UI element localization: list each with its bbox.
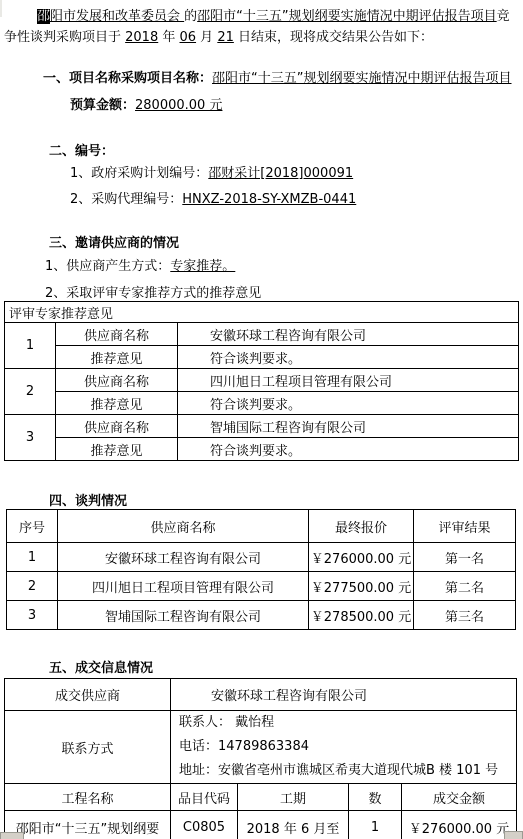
final-price: ￥278500.00 元: [309, 601, 414, 630]
month-suffix: 月: [196, 30, 217, 45]
announcement-document: 邵阳市发展和改革委员会 的邵阳市“十三五”规划纲要实施情况中期评估报告项目竞争性…: [0, 0, 523, 839]
contact-cell: 联系人： 戴怡程 电话：14789863384 地址：安徽省亳州市谯城区希夷大道…: [171, 711, 517, 784]
plan-number-label: 1、政府采购计划编号：: [70, 166, 208, 181]
table-row: 评审专家推荐意见: [5, 302, 519, 323]
section3-heading: 三、邀请供应商的情况: [49, 233, 179, 254]
table-row: 推荐意见 符合谈判要求。: [5, 392, 519, 415]
header-amount: 成交金额: [402, 784, 517, 811]
header-project: 工程名称: [5, 784, 171, 811]
table-row: 3 供应商名称 智埔国际工程咨询有限公司: [5, 415, 519, 438]
agent-number-label: 2、采购代理编号：: [70, 192, 182, 207]
row-number: 3: [7, 601, 58, 630]
section1-heading: 一、项目名称采购项目名称：: [43, 71, 212, 86]
review-result: 第二名: [414, 572, 516, 601]
budget-value: 280000.00 元: [135, 98, 222, 113]
section1-project-name: 邵阳市“十三五”规划纲要实施情况中期评估报告项目: [212, 71, 511, 86]
supplier-name: 安徽环球工程咨询有限公司: [178, 323, 519, 346]
award-table: 成交供应商 安徽环球工程咨询有限公司 联系方式 联系人： 戴怡程 电话：1478…: [4, 678, 517, 839]
supplier-label: 供应商名称: [56, 323, 178, 346]
table-row: 1 供应商名称 安徽环球工程咨询有限公司: [5, 323, 519, 346]
table-header-row: 序号 供应商名称 最终报价 评审结果: [7, 510, 516, 543]
supplier-source-label: 1、供应商产生方式：: [45, 259, 170, 274]
table-row: 1 安徽环球工程咨询有限公司 ￥276000.00 元 第一名: [7, 543, 516, 572]
award-amount: ￥276000.00 元: [402, 811, 517, 839]
contact-phone: 电话：14789863384: [171, 735, 516, 759]
recommendation-table: 评审专家推荐意见 1 供应商名称 安徽环球工程咨询有限公司 推荐意见 符合谈判要…: [4, 301, 519, 461]
table-row: 邵阳市“十三五”规划纲要 C0805 2018 年 6 月至 1 ￥276000…: [5, 811, 517, 839]
winner-label: 成交供应商: [5, 679, 171, 711]
opinion-value: 符合谈判要求。: [178, 438, 519, 461]
section2-heading: 二、编号：: [49, 141, 114, 162]
award-period: 2018 年 6 月至: [238, 811, 349, 839]
final-price: ￥276000.00 元: [309, 543, 414, 572]
contact-address: 地址：安徽省亳州市谯城区希夷大道现代城B 楼 101 号: [171, 759, 516, 783]
section1-title-line: 一、项目名称采购项目名称：邵阳市“十三五”规划纲要实施情况中期评估报告项目: [43, 68, 512, 89]
budget-line: 预算金额：280000.00 元: [70, 95, 222, 116]
row-number: 2: [5, 369, 56, 415]
header-price: 最终报价: [309, 510, 414, 543]
opinion-label: 推荐意见: [56, 346, 178, 369]
row-number: 1: [7, 543, 58, 572]
table-header-row: 工程名称 品目代码 工期 数 成交金额: [5, 784, 517, 811]
table-row: 推荐意见 符合谈判要求。: [5, 346, 519, 369]
end-day: 21: [217, 30, 234, 45]
header-result: 评审结果: [414, 510, 516, 543]
header-item-code: 品目代码: [171, 784, 238, 811]
supplier-name: 智埔国际工程咨询有限公司: [58, 601, 309, 630]
review-result: 第三名: [414, 601, 516, 630]
supplier-name: 智埔国际工程咨询有限公司: [178, 415, 519, 438]
negotiation-table: 序号 供应商名称 最终报价 评审结果 1 安徽环球工程咨询有限公司 ￥27600…: [6, 509, 516, 630]
table-row: 3 智埔国际工程咨询有限公司 ￥278500.00 元 第三名: [7, 601, 516, 630]
table-row: 联系方式 联系人： 戴怡程 电话：14789863384 地址：安徽省亳州市谯城…: [5, 711, 517, 784]
opinion-value: 符合谈判要求。: [178, 392, 519, 415]
agent-number-value: HNXZ-2018-SY-XMZB-0441: [182, 192, 356, 207]
end-month: 06: [180, 30, 197, 45]
contact-person: 联系人： 戴怡程: [171, 711, 516, 735]
review-result: 第一名: [414, 543, 516, 572]
header-seq: 序号: [7, 510, 58, 543]
row-number: 3: [5, 415, 56, 461]
table-row: 2 供应商名称 四川旭日工程项目管理有限公司: [5, 369, 519, 392]
year-suffix: 年: [158, 30, 179, 45]
opinion-label: 推荐意见: [56, 392, 178, 415]
final-price: ￥277500.00 元: [309, 572, 414, 601]
scrollbar-fragment-left[interactable]: [0, 832, 24, 839]
intro-paragraph: 邵阳市发展和改革委员会 的邵阳市“十三五”规划纲要实施情况中期评估报告项目竞争性…: [4, 6, 520, 48]
project-name-underlined: 邵阳市“十三五”规划纲要实施情况中期评估报告项目: [197, 9, 496, 24]
agent-number-line: 2、采购代理编号：HNXZ-2018-SY-XMZB-0441: [70, 189, 356, 210]
supplier-source-line: 1、供应商产生方式：专家推荐。: [45, 256, 235, 277]
supplier-source-value: 专家推荐。: [170, 259, 235, 274]
award-item-code: C0805: [171, 811, 238, 839]
plan-number-line: 1、政府采购计划编号：邵财采计[2018]000091: [70, 163, 353, 184]
budget-label: 预算金额：: [70, 98, 135, 113]
header-supplier: 供应商名称: [58, 510, 309, 543]
agency-name: 邵阳市发展和改革委员会: [37, 9, 184, 24]
contact-label: 联系方式: [5, 711, 171, 784]
scrollbar-fragment-right[interactable]: [504, 831, 523, 839]
selected-char: 邵: [37, 9, 50, 24]
header-quantity: 数: [349, 784, 402, 811]
recommendation-table-caption: 评审专家推荐意见: [5, 302, 519, 323]
agency-name-rest: 阳市发展和改革委员会: [50, 9, 184, 24]
intro-tail: 日结束，现将成交结果公告如下：: [234, 30, 433, 45]
header-period: 工期: [238, 784, 349, 811]
supplier-label: 供应商名称: [56, 369, 178, 392]
opinion-value: 符合谈判要求。: [178, 346, 519, 369]
award-quantity: 1: [349, 811, 402, 839]
particle-text: 的: [184, 9, 197, 24]
row-number: 2: [7, 572, 58, 601]
end-year: 2018: [125, 30, 158, 45]
table-row: 2 四川旭日工程项目管理有限公司 ￥277500.00 元 第二名: [7, 572, 516, 601]
plan-number-value: 邵财采计[2018]000091: [208, 166, 353, 181]
award-project-name: 邵阳市“十三五”规划纲要: [5, 811, 171, 839]
table-row: 推荐意见 符合谈判要求。: [5, 438, 519, 461]
supplier-name: 安徽环球工程咨询有限公司: [58, 543, 309, 572]
winner-value: 安徽环球工程咨询有限公司: [171, 679, 517, 711]
scrollbar-fragment-top[interactable]: [0, 0, 2, 17]
supplier-name: 四川旭日工程项目管理有限公司: [178, 369, 519, 392]
section5-heading: 五、成交信息情况: [49, 658, 153, 679]
opinion-label: 推荐意见: [56, 438, 178, 461]
row-number: 1: [5, 323, 56, 369]
supplier-label: 供应商名称: [56, 415, 178, 438]
supplier-name: 四川旭日工程项目管理有限公司: [58, 572, 309, 601]
table-row: 成交供应商 安徽环球工程咨询有限公司: [5, 679, 517, 711]
